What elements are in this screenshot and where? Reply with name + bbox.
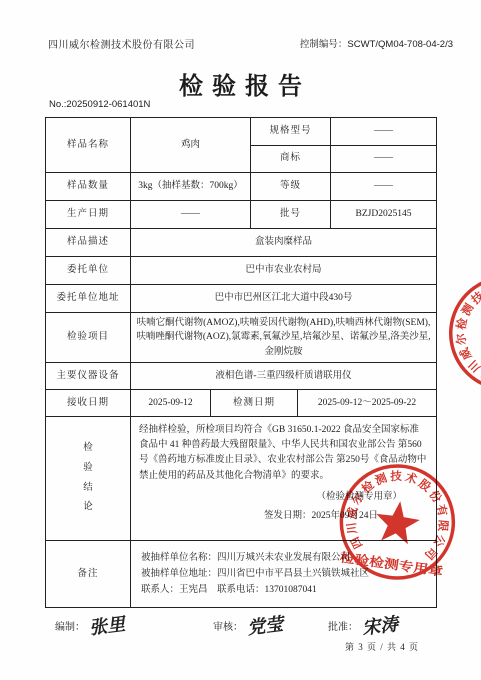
seal-ring-char: 有: [434, 503, 451, 518]
production-date-label: 生产日期: [46, 201, 131, 229]
page-title: 检验报告: [0, 66, 481, 101]
report-number: No.:20250912-061401N: [49, 99, 150, 110]
remark-label: 备注: [46, 541, 131, 608]
table-row: 样品名称 鸡肉 规格型号 —— 商标 ——: [46, 118, 437, 173]
test-items-label: 检验项目: [46, 313, 131, 363]
control-number-label: 控制编号：: [300, 39, 348, 50]
description-label: 样品描述: [46, 229, 131, 257]
control-number: 控制编号：SCWT/QM04-708-04-2/3: [300, 36, 453, 50]
brand-value: ——: [331, 146, 437, 174]
approved-signature: 宋涛: [361, 610, 400, 640]
test-date-label: 检测日期: [211, 390, 298, 417]
company-seal: 检验检测专用章 四川威尔检测技术股份有限公司: [318, 443, 477, 606]
receive-date-label: 接收日期: [46, 390, 131, 417]
grade-label: 等级: [251, 173, 331, 201]
seal-star-icon: [477, 304, 481, 362]
sample-name-label: 样品名称: [46, 118, 131, 173]
client-address-value: 巴中市巴州区江北大道中段430号: [131, 285, 437, 313]
remark-line-sampled-unit-name: 被抽样单位名称：四川万城兴未农业发展有限公司: [141, 550, 350, 566]
control-number-value: SCWT/QM04-708-04-2/3: [347, 39, 453, 50]
conclusion-label-text: 检验结论: [82, 439, 93, 519]
conclusion-label: 检验结论: [46, 417, 131, 541]
table-row: 样品数量 3kg（抽样基数：700kg） 等级 ——: [46, 173, 437, 201]
seal-ring-char: 限: [436, 519, 451, 532]
prepared-label: 编制：: [55, 618, 85, 633]
table-row: 商标 ——: [251, 146, 437, 174]
description-value: 盒装肉糜样品: [131, 229, 437, 257]
batch-value: BZJD2025145: [331, 201, 437, 229]
instrument-value: 液相色谱-三重四级杆质谱联用仪: [131, 363, 437, 390]
company-name: 四川威尔检测技术股份有限公司: [48, 36, 195, 51]
table-row: 样品描述 盒装肉糜样品: [46, 229, 437, 257]
instrument-label: 主要仪器设备: [46, 363, 131, 390]
seal-ring-char: 检: [454, 316, 470, 331]
seal-ring-char: 四: [348, 534, 365, 551]
client-value: 巴中市农业农村局: [131, 257, 437, 285]
client-label: 委托单位: [46, 257, 131, 285]
page-number: 第 3 页 / 共 4 页: [345, 640, 419, 653]
prepared-by: 编制： 张里: [55, 618, 125, 638]
reviewed-signature: 党莹: [246, 610, 285, 640]
prepared-signature: 张里: [88, 610, 127, 640]
reviewed-by: 审核： 党莹: [213, 618, 283, 638]
spec-value: ——: [331, 118, 437, 146]
reviewed-label: 审核：: [213, 618, 243, 633]
seal-ring-char: 测: [373, 470, 389, 487]
grade-value: ——: [331, 173, 437, 201]
remark-line-contact: 联系人：王宪昌 联系电话：13701087041: [141, 582, 317, 598]
table-row: 委托单位地址 巴中市巴州区江北大道中段430号: [46, 285, 437, 313]
test-items-value: 呋喃它酮代谢物(AMOZ),呋喃妥因代谢物(AHD),呋喃西林代谢物(SEM),…: [131, 313, 437, 363]
quantity-value: 3kg（抽样基数：700kg）: [131, 173, 251, 201]
table-row: 生产日期 —— 批号 BZJD2025145: [46, 201, 437, 229]
table-row: 委托单位 巴中市农业农村局: [46, 257, 437, 285]
sample-name-value: 鸡肉: [131, 118, 251, 173]
test-date-value: 2025-09-12～2025-09-22: [298, 390, 437, 417]
approved-by: 批准： 宋涛: [328, 618, 398, 638]
table-row: 检验项目 呋喃它酮代谢物(AMOZ),呋喃妥因代谢物(AHD),呋喃西林代谢物(…: [46, 313, 437, 363]
seal-star-icon: [373, 498, 422, 545]
seal-ring-char: 技: [389, 469, 402, 483]
approved-label: 批准：: [328, 618, 358, 633]
spec-brand-subcolumn: 规格型号 —— 商标 ——: [251, 118, 437, 173]
seal-ring-char: 尔: [453, 332, 468, 346]
seal-ring-char: 威: [344, 505, 360, 520]
batch-label: 批号: [251, 201, 331, 229]
report-page: 四川威尔检测技术股份有限公司 控制编号：SCWT/QM04-708-04-2/3…: [0, 0, 481, 680]
table-row: 主要仪器设备 液相色谱-三重四级杆质谱联用仪: [46, 363, 437, 390]
production-date-value: ——: [131, 201, 251, 229]
company-seal-icon: 检验检测专用章 四川威尔检测技术股份有限公司: [318, 443, 476, 601]
page-header: 四川威尔检测技术股份有限公司 控制编号：SCWT/QM04-708-04-2/3: [48, 36, 453, 51]
table-row: 接收日期 2025-09-12 检测日期 2025-09-12～2025-09-…: [46, 390, 437, 417]
receive-date-value: 2025-09-12: [131, 390, 211, 417]
seal-ring-char: 川: [345, 522, 359, 535]
brand-label: 商标: [251, 146, 331, 174]
spec-label: 规格型号: [251, 118, 331, 146]
client-address-label: 委托单位地址: [46, 285, 131, 313]
quantity-label: 样品数量: [46, 173, 131, 201]
table-row: 规格型号 ——: [251, 118, 437, 146]
seal-ring-char: 术: [403, 469, 420, 486]
seal-ring: [430, 257, 481, 410]
